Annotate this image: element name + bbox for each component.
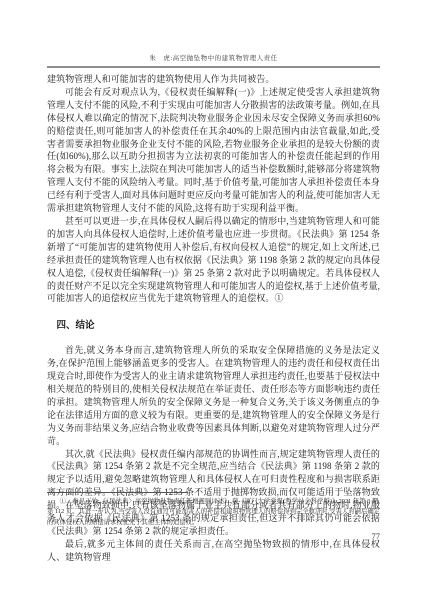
paper-page: 朱 虎:高空抛坠物中的建筑物管理人责任 建筑物管理人和可能加害的建筑物使用人作为… <box>0 0 427 603</box>
running-header: 朱 虎:高空抛坠物中的建筑物管理人责任 <box>47 53 380 62</box>
footnote-rule <box>47 492 188 493</box>
paragraph-conclusion-last: 最后,就多元主体间的责任关系而言,在高空抛坠物致损的情形中,在具体侵权人、建筑物… <box>47 538 380 564</box>
article-body: 建筑物管理人和可能加害的建筑物使用人作为共同被告。 可能会有反对观点认为,《侵权… <box>47 73 380 564</box>
page-number: 77 <box>372 531 381 541</box>
paragraph-recourse: 甚至可以更进一步,在具体侵权人嗣后得以确定的情形中,当建筑物管理人和可能的加害人… <box>47 215 380 305</box>
page-content: 朱 虎:高空抛坠物中的建筑物管理人责任 建筑物管理人和可能加害的建筑物使用人作为… <box>47 53 380 564</box>
paragraph-conclusion-first: 首先,就义务本身而言,建筑物管理人所负的采取安全保障措施的义务是法定义务,在保护… <box>47 344 380 447</box>
footnote-area: ① 参见王竹:《〈民法典〉高空抛物坠物责任新增规则评述》,载《厦门大学学报(哲学… <box>47 492 380 528</box>
section-heading-conclusion: 四、结论 <box>47 317 380 331</box>
paragraph-counterargument: 可能会有反对观点认为,《侵权责任编解释(一)》上述规定使受害人承担建筑物管理人支… <box>47 86 380 215</box>
footnote-text: ① 参见王竹:《〈民法典〉高空抛物坠物责任新增规则评述》,载《厦门大学学报(哲学… <box>47 497 380 528</box>
header-rule <box>47 66 380 68</box>
paragraph-continuation: 建筑物管理人和可能加害的建筑物使用人作为共同被告。 <box>47 73 380 86</box>
running-title: 朱 虎:高空抛坠物中的建筑物管理人责任 <box>149 55 277 62</box>
